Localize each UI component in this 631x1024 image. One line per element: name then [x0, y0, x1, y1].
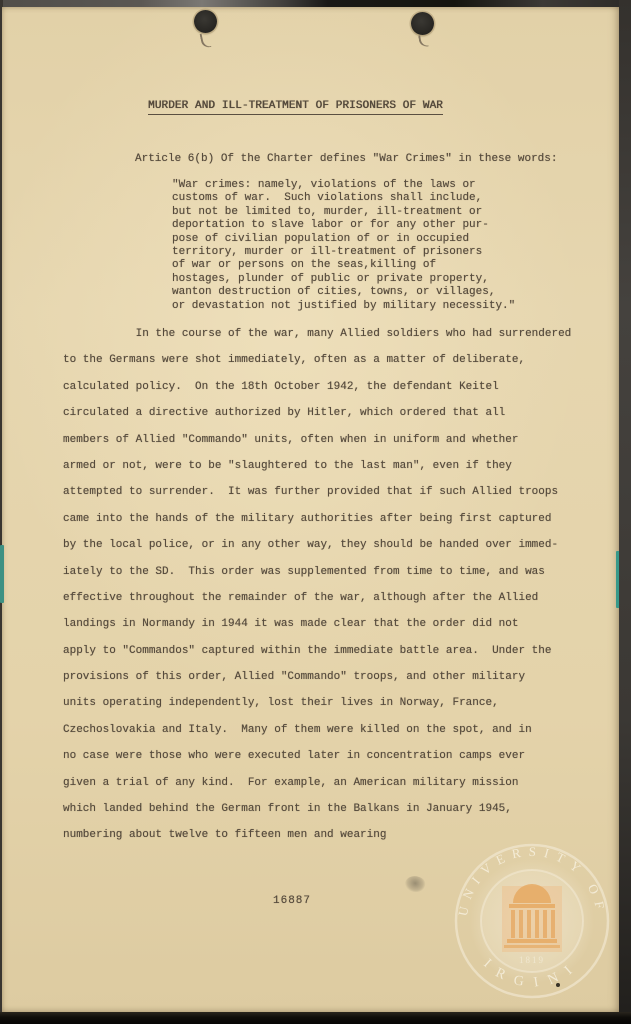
page-title: MURDER AND ILL-TREATMENT OF PRISONERS OF…: [148, 100, 443, 115]
body-line: iately to the SD. This order was supplem…: [63, 559, 571, 585]
body-line: provisions of this order, Allied "Comman…: [63, 664, 571, 690]
body-line: which landed behind the German front in …: [63, 796, 571, 822]
intro-line: Article 6(b) Of the Charter defines "War…: [135, 153, 557, 165]
quote-line: customs of war. Such violations shall in…: [172, 192, 515, 205]
scan-background-right: [619, 0, 631, 1024]
ink-smudge: [403, 873, 427, 894]
body-line: apply to "Commandos" captured within the…: [63, 638, 571, 664]
quote-line: hostages, plunder of public or private p…: [172, 273, 515, 286]
quote-line: of war or persons on the seas,killing of: [172, 259, 515, 272]
page-number: 16887: [273, 895, 311, 907]
body-line: attempted to surrender. It was further p…: [63, 479, 571, 505]
body-line: given a trial of any kind. For example, …: [63, 770, 571, 796]
quote-line: wanton destruction of cities, towns, or …: [172, 286, 515, 299]
body-line: units operating independently, lost thei…: [63, 690, 571, 716]
quote-line: or devastation not justified by military…: [172, 300, 515, 313]
quote-line: "War crimes: namely, violations of the l…: [172, 179, 515, 192]
seal-year: 1819: [519, 955, 545, 965]
teal-edge-strip-left: [0, 545, 4, 603]
body-line: circulated a directive authorized by Hit…: [63, 400, 571, 426]
charter-quote-block: "War crimes: namely, violations of the l…: [172, 179, 515, 313]
body-line: landings in Normandy in 1944 it was made…: [63, 611, 571, 637]
body-line: In the course of the war, many Allied so…: [63, 321, 571, 347]
punch-hole-icon: [411, 12, 434, 35]
rotunda-icon: [502, 884, 562, 952]
body-line: by the local police, or in any other way…: [63, 532, 571, 558]
body-line: to the Germans were shot immediately, of…: [63, 347, 571, 373]
university-of-virginia-seal-watermark: UNIVERSITY OF VIRGINIA 1819: [447, 836, 617, 1006]
quote-line: territory, murder or ill-treatment of pr…: [172, 246, 515, 259]
body-line: effective throughout the remainder of th…: [63, 585, 571, 611]
quote-line: pose of civilian population of or in occ…: [172, 233, 515, 246]
scanned-document-page: MURDER AND ILL-TREATMENT OF PRISONERS OF…: [0, 0, 631, 1024]
quote-line: but not be limited to, murder, ill-treat…: [172, 206, 515, 219]
punch-hole-icon: [194, 10, 217, 33]
scan-background-bottom: [0, 1012, 631, 1024]
body-line: Czechoslovakia and Italy. Many of them w…: [63, 717, 571, 743]
body-line: members of Allied "Commando" units, ofte…: [63, 427, 571, 453]
quote-line: deportation to slave labor or for any ot…: [172, 219, 515, 232]
body-line: no case were those who were executed lat…: [63, 743, 571, 769]
paper-sheet: MURDER AND ILL-TREATMENT OF PRISONERS OF…: [2, 7, 620, 1013]
body-line: calculated policy. On the 18th October 1…: [63, 374, 571, 400]
body-line: came into the hands of the military auth…: [63, 506, 571, 532]
body-line: armed or not, were to be "slaughtered to…: [63, 453, 571, 479]
body-paragraph: In the course of the war, many Allied so…: [63, 321, 571, 849]
